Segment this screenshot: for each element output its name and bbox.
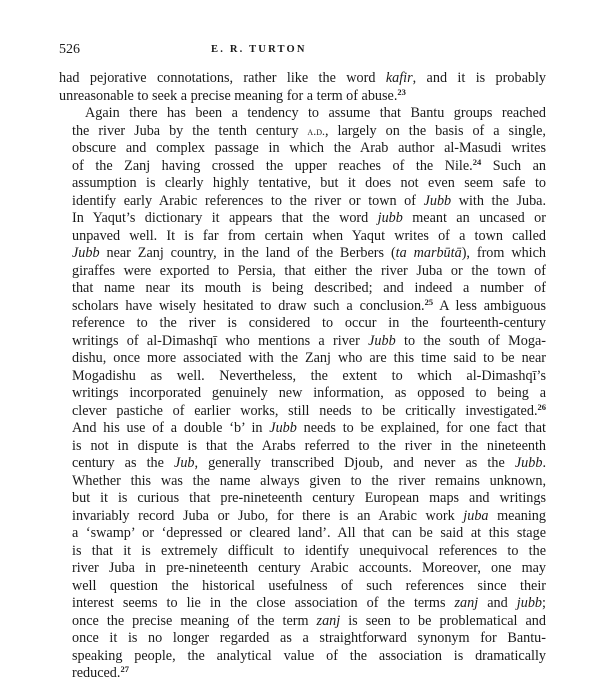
italic-term: Jubb bbox=[269, 420, 297, 436]
text-run: reference to the river is considered to … bbox=[72, 315, 546, 331]
text-run: is not in dispute is that the Arabs refe… bbox=[72, 438, 546, 454]
text-run: ), from which bbox=[462, 245, 546, 261]
text-run: needs to be explained, for one fact that bbox=[297, 420, 546, 436]
text-line: giraffes were exported to Persia, that e… bbox=[59, 263, 546, 281]
footnote-marker: 23 bbox=[397, 87, 406, 97]
text-run: river Juba in pre-nineteenth century Ara… bbox=[72, 560, 546, 576]
text-line: obscure and complex passage in which the… bbox=[59, 140, 546, 158]
text-line: dishu, once more associated with the Zan… bbox=[59, 350, 546, 368]
text-line: reference to the river is considered to … bbox=[59, 315, 546, 333]
italic-term: Jubb bbox=[515, 455, 543, 471]
text-run: of the Zanj having crossed the upper rea… bbox=[72, 158, 473, 174]
paragraph: Again there has been a tendency to assum… bbox=[59, 105, 546, 683]
footnote-marker: 25 bbox=[425, 297, 434, 307]
text-run: once it is no longer regarded as a strai… bbox=[72, 630, 546, 646]
text-line: is that it is extremely difficult to ide… bbox=[59, 543, 546, 561]
text-run: , generally transcribed Djoub, and never… bbox=[195, 455, 515, 471]
body-text: had pejorative connotations, rather like… bbox=[59, 70, 546, 683]
text-run: Mogadishu as well. Nevertheless, the ext… bbox=[72, 368, 546, 384]
text-line: In Yaqut’s dictionary it appears that th… bbox=[59, 210, 546, 228]
text-line: writings incorporated genuinely new info… bbox=[59, 385, 546, 403]
text-run: well question the historical usefulness … bbox=[72, 578, 546, 594]
text-run: had pejorative connotations, rather like… bbox=[59, 70, 386, 86]
text-run: reduced. bbox=[72, 665, 120, 681]
text-run: , and it is probably bbox=[413, 70, 546, 86]
text-run: In Yaqut’s dictionary it appears that th… bbox=[72, 210, 378, 226]
text-line: Whether this was the name always given t… bbox=[59, 473, 546, 491]
text-run: meaning bbox=[489, 508, 546, 524]
text-run: a.d. bbox=[307, 124, 325, 138]
text-line: And his use of a double ‘b’ in Jubb need… bbox=[59, 420, 546, 438]
text-line: identify early Arabic references to the … bbox=[59, 193, 546, 211]
text-run: writings of al-Dimashqī who mentions a r… bbox=[72, 333, 368, 349]
text-run: identify early Arabic references to the … bbox=[72, 193, 424, 209]
text-line: a ‘swamp’ or ‘depressed or cleared land’… bbox=[59, 525, 546, 543]
text-run: writings incorporated genuinely new info… bbox=[72, 385, 546, 401]
italic-term: zanj bbox=[317, 613, 341, 629]
text-line: river Juba in pre-nineteenth century Ara… bbox=[59, 560, 546, 578]
text-run: Whether this was the name always given t… bbox=[72, 473, 546, 489]
text-run: clever pastiche of earlier works, still … bbox=[72, 403, 538, 419]
italic-term: Jubb bbox=[368, 333, 396, 349]
text-run: near Zanj country, in the land of the Be… bbox=[100, 245, 396, 261]
italic-term: Jubb bbox=[424, 193, 452, 209]
text-run: interest seems to lie in the close assoc… bbox=[72, 595, 455, 611]
document-page: 526 E. R. TURTON had pejorative connotat… bbox=[59, 40, 546, 683]
text-line: Jubb near Zanj country, in the land of t… bbox=[59, 245, 546, 263]
text-line: unreasonable to seek a precise meaning f… bbox=[59, 88, 546, 106]
text-line: scholars have wisely hesitated to draw s… bbox=[59, 298, 546, 316]
footnote-marker: 27 bbox=[120, 664, 129, 674]
page-number: 526 bbox=[59, 42, 80, 58]
text-line: that name near its mouth is being descri… bbox=[59, 280, 546, 298]
text-line: is not in dispute is that the Arabs refe… bbox=[59, 438, 546, 456]
italic-term: kafir bbox=[386, 70, 413, 86]
text-line: once it is no longer regarded as a strai… bbox=[59, 630, 546, 648]
italic-term: juba bbox=[463, 508, 488, 524]
text-run: scholars have wisely hesitated to draw s… bbox=[72, 298, 425, 314]
italic-term: jubb bbox=[517, 595, 542, 611]
text-run: . bbox=[542, 455, 546, 471]
italic-term: ta marbūtā bbox=[396, 245, 462, 261]
text-line: but it is curious that pre-nineteenth ce… bbox=[59, 490, 546, 508]
text-line: clever pastiche of earlier works, still … bbox=[59, 403, 546, 421]
footnote-marker: 24 bbox=[473, 157, 482, 167]
italic-term: Jubb bbox=[72, 245, 100, 261]
text-line: reduced.27 bbox=[59, 665, 546, 683]
text-line: the river Juba by the tenth century a.d.… bbox=[59, 123, 546, 141]
text-run: meant an uncased or bbox=[403, 210, 546, 226]
text-run: speaking people, the analytical value of… bbox=[72, 648, 546, 664]
paragraph: had pejorative connotations, rather like… bbox=[59, 70, 546, 105]
text-run: A less ambiguous bbox=[433, 298, 546, 314]
text-run: and bbox=[478, 595, 517, 611]
text-line: speaking people, the analytical value of… bbox=[59, 648, 546, 666]
text-run: but it is curious that pre-nineteenth ce… bbox=[72, 490, 546, 506]
text-run: obscure and complex passage in which the… bbox=[72, 140, 546, 156]
text-run: invariably record Juba or Jubo, for ther… bbox=[72, 508, 463, 524]
text-run: with the Juba. bbox=[451, 193, 546, 209]
italic-term: zanj bbox=[455, 595, 479, 611]
text-run: to the south of Moga- bbox=[396, 333, 546, 349]
italic-term: jubb bbox=[378, 210, 403, 226]
italic-term: Jub bbox=[174, 455, 195, 471]
text-line: had pejorative connotations, rather like… bbox=[59, 70, 546, 88]
text-line: interest seems to lie in the close assoc… bbox=[59, 595, 546, 613]
text-run: once the precise meaning of the term bbox=[72, 613, 317, 629]
text-line: once the precise meaning of the term zan… bbox=[59, 613, 546, 631]
text-line: assumption is clearly highly tentative, … bbox=[59, 175, 546, 193]
text-run: the river Juba by the tenth century bbox=[72, 123, 307, 139]
text-run: a ‘swamp’ or ‘depressed or cleared land’… bbox=[72, 525, 546, 541]
text-run: And his use of a double ‘b’ in bbox=[72, 420, 269, 436]
text-line: writings of al-Dimashqī who mentions a r… bbox=[59, 333, 546, 351]
text-run: unreasonable to seek a precise meaning f… bbox=[59, 88, 397, 104]
text-line: Again there has been a tendency to assum… bbox=[59, 105, 546, 123]
text-run: assumption is clearly highly tentative, … bbox=[72, 175, 546, 191]
footnote-marker: 26 bbox=[538, 402, 547, 412]
text-line: century as the Jub, generally transcribe… bbox=[59, 455, 546, 473]
running-head: 526 E. R. TURTON bbox=[59, 40, 546, 62]
text-run: , largely on the basis of a single, bbox=[325, 123, 546, 139]
text-run: century as the bbox=[72, 455, 174, 471]
running-title: E. R. TURTON bbox=[211, 44, 307, 55]
text-line: invariably record Juba or Jubo, for ther… bbox=[59, 508, 546, 526]
text-line: Mogadishu as well. Nevertheless, the ext… bbox=[59, 368, 546, 386]
text-run: is that it is extremely difficult to ide… bbox=[72, 543, 546, 559]
text-run: dishu, once more associated with the Zan… bbox=[72, 350, 546, 366]
text-line: of the Zanj having crossed the upper rea… bbox=[59, 158, 546, 176]
text-run: Again there has been a tendency to assum… bbox=[85, 105, 546, 121]
text-line: unpaved well. It is far from certain whe… bbox=[59, 228, 546, 246]
text-line: well question the historical usefulness … bbox=[59, 578, 546, 596]
text-run: Such an bbox=[481, 158, 546, 174]
text-run: ; bbox=[542, 595, 546, 611]
text-run: is seen to be problematical and bbox=[340, 613, 546, 629]
text-run: giraffes were exported to Persia, that e… bbox=[72, 263, 546, 279]
text-run: unpaved well. It is far from certain whe… bbox=[72, 228, 546, 244]
text-run: that name near its mouth is being descri… bbox=[72, 280, 546, 296]
